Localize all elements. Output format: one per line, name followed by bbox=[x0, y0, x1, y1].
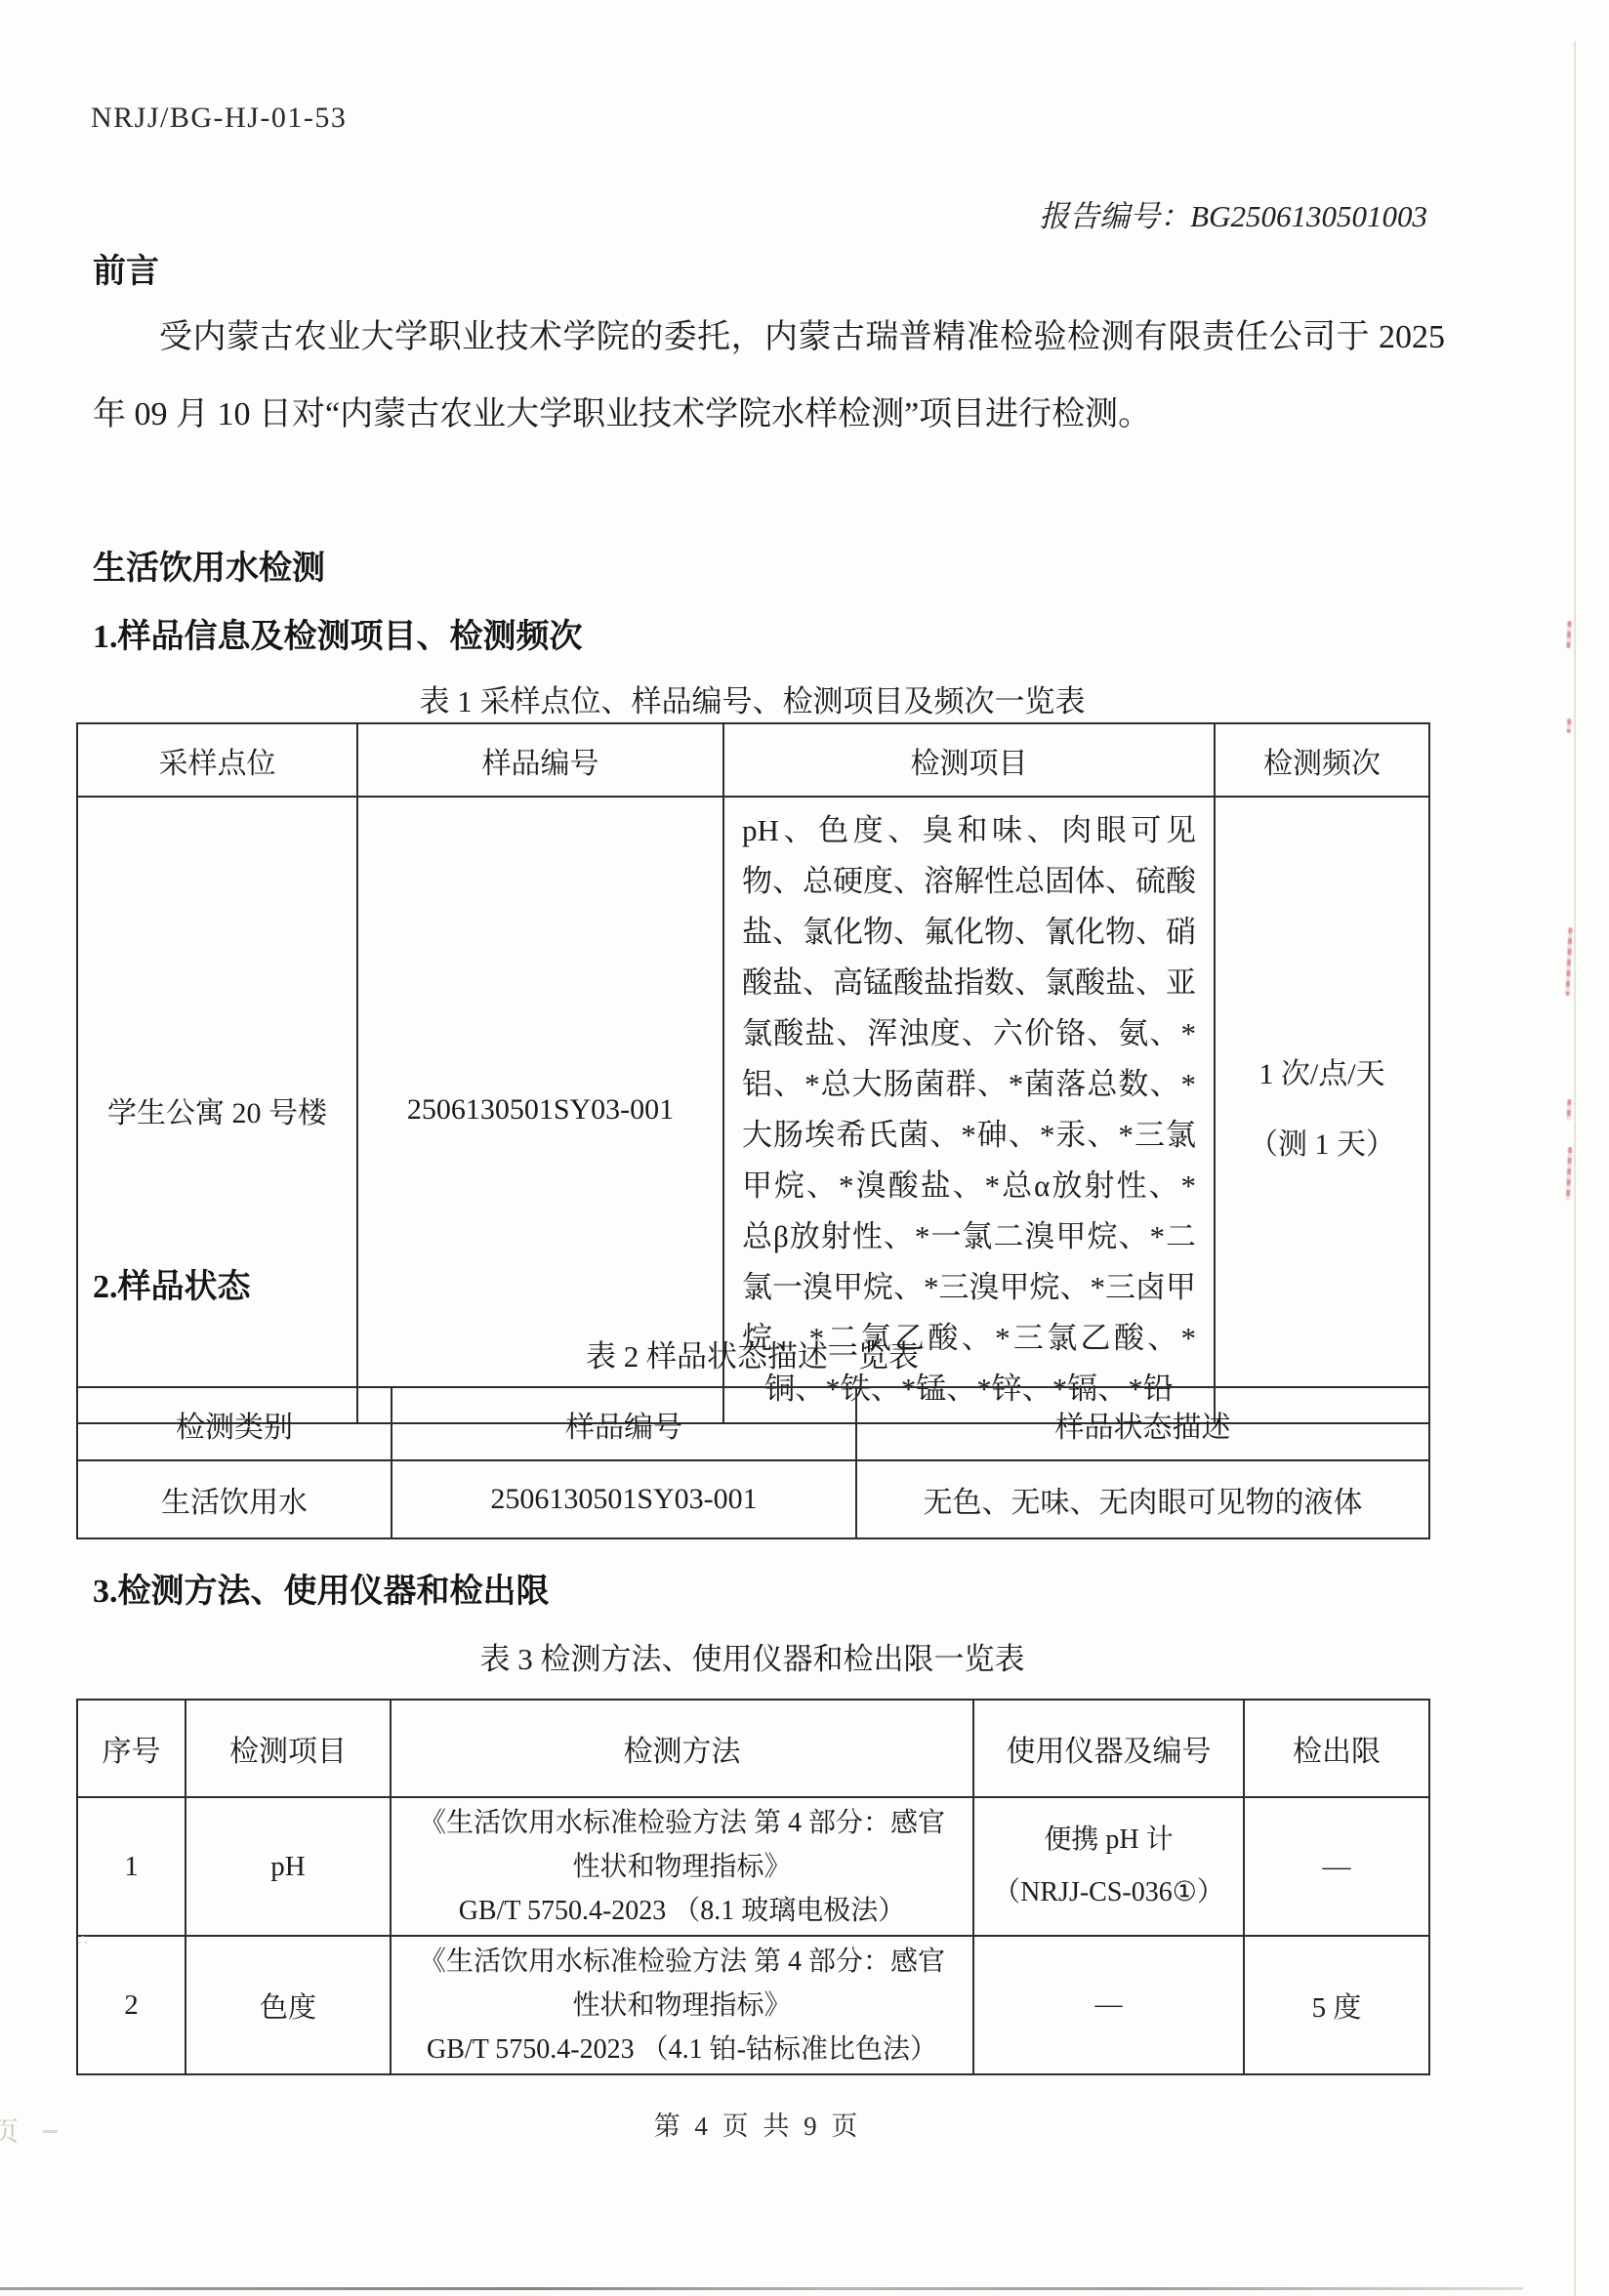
table1-cell-items: pH、色度、臭和味、肉眼可见物、总硬度、溶解性总固体、硫酸盐、氯化物、氟化物、氰… bbox=[723, 797, 1215, 1423]
table1-sampling-info: 采样点位 样品编号 检测项目 检测频次 学生公寓 20 号楼 250613050… bbox=[76, 722, 1430, 1424]
method-line1: 《生活饮用水标准检验方法 第 4 部分：感官 bbox=[392, 1940, 972, 1984]
instrument-line2: （NRJJ-CS-036①） bbox=[974, 1866, 1243, 1919]
section2-heading: 2.样品状态 bbox=[93, 1259, 251, 1307]
table1-caption: 表 1 采样点位、样品编号、检测项目及频次一览表 bbox=[76, 676, 1428, 720]
table2-cell-sample-no: 2506130501SY03-001 bbox=[392, 1460, 856, 1538]
report-number-label: 报告编号： bbox=[1039, 199, 1190, 233]
table3-cell-method: 《生活饮用水标准检验方法 第 4 部分：感官 性状和物理指标》 GB/T 575… bbox=[391, 1797, 973, 1936]
table3-header-item: 检测项目 bbox=[186, 1700, 391, 1797]
method-line1: 《生活饮用水标准检验方法 第 4 部分：感官 bbox=[392, 1801, 972, 1845]
table3-cell-limit: — bbox=[1244, 1797, 1429, 1936]
table3-caption: 表 3 检测方法、使用仪器和检出限一览表 bbox=[76, 1634, 1428, 1678]
table1-header-frequency: 检测频次 bbox=[1215, 723, 1429, 797]
table3-header-instrument: 使用仪器及编号 bbox=[973, 1700, 1244, 1797]
table1-header-sampling-point: 采样点位 bbox=[77, 723, 357, 797]
stamp-bleed-mark bbox=[1566, 1147, 1572, 1201]
scan-speck: ∴ bbox=[78, 1931, 88, 1949]
stamp-bleed-mark bbox=[1567, 1099, 1572, 1121]
section3-heading: 3.检测方法、使用仪器和检出限 bbox=[93, 1564, 550, 1612]
page-edge-line bbox=[1574, 41, 1576, 2296]
table1-header-row: 采样点位 样品编号 检测项目 检测频次 bbox=[77, 723, 1429, 797]
table3-cell-instrument: — bbox=[973, 1936, 1244, 2074]
stamp-bleed-mark bbox=[1567, 718, 1572, 733]
table2-cell-category: 生活饮用水 bbox=[77, 1460, 392, 1538]
table1-data-row: 学生公寓 20 号楼 2506130501SY03-001 pH、色度、臭和味、… bbox=[77, 797, 1429, 1423]
frequency-line1: 1 次/点/天 bbox=[1216, 1040, 1428, 1110]
table1-header-sample-no: 样品编号 bbox=[357, 723, 723, 797]
table2-sample-status: 检测类别 样品编号 样品状态描述 生活饮用水 2506130501SY03-00… bbox=[76, 1386, 1430, 1539]
method-line2: 性状和物理指标》 bbox=[392, 1845, 972, 1889]
table1-header-items: 检测项目 bbox=[723, 723, 1215, 797]
table3-cell-instrument: 便携 pH 计 （NRJJ-CS-036①） bbox=[973, 1797, 1244, 1936]
table3-header-row: 序号 检测项目 检测方法 使用仪器及编号 检出限 bbox=[77, 1700, 1429, 1797]
table3-header-method: 检测方法 bbox=[391, 1700, 973, 1797]
page-footer: 第 4 页 共 9 页 bbox=[0, 2105, 1515, 2143]
table3-row-color: 2 色度 《生活饮用水标准检验方法 第 4 部分：感官 性状和物理指标》 GB/… bbox=[77, 1936, 1429, 2074]
preface-paragraph: 受内蒙古农业大学职业技术学院的委托，内蒙古瑞普精准检验检测有限责任公司于 202… bbox=[93, 299, 1445, 453]
table2-header-sample-no: 样品编号 bbox=[392, 1387, 856, 1460]
table2-header-category: 检测类别 bbox=[77, 1387, 392, 1460]
instrument-line1: 便携 pH 计 bbox=[974, 1814, 1243, 1866]
scan-corner-artifact: 页 bbox=[0, 2111, 19, 2149]
table1-cell-frequency: 1 次/点/天 （测 1 天） bbox=[1215, 797, 1429, 1423]
stamp-bleed-mark bbox=[1566, 621, 1571, 648]
table2-header-row: 检测类别 样品编号 样品状态描述 bbox=[77, 1387, 1429, 1460]
scanned-report-page: NRJJ/BG-HJ-01-53 报告编号：BG2506130501003 前言… bbox=[0, 0, 1609, 2296]
method-line2: 性状和物理指标》 bbox=[392, 1984, 972, 2028]
table2-data-row: 生活饮用水 2506130501SY03-001 无色、无味、无肉眼可见物的液体 bbox=[77, 1460, 1429, 1538]
report-number-value: BG2506130501003 bbox=[1190, 199, 1427, 233]
table3-row-ph: 1 pH 《生活饮用水标准检验方法 第 4 部分：感官 性状和物理指标》 GB/… bbox=[77, 1797, 1429, 1936]
table1-cell-sample-no: 2506130501SY03-001 bbox=[357, 797, 723, 1423]
table2-header-description: 样品状态描述 bbox=[856, 1387, 1429, 1460]
document-code: NRJJ/BG-HJ-01-53 bbox=[91, 102, 347, 135]
table3-cell-method: 《生活饮用水标准检验方法 第 4 部分：感官 性状和物理指标》 GB/T 575… bbox=[391, 1936, 973, 2074]
report-number-line: 报告编号：BG2506130501003 bbox=[0, 191, 1427, 235]
table2-caption: 表 2 样品状态描述一览表 bbox=[76, 1332, 1428, 1375]
table3-cell-item: 色度 bbox=[186, 1936, 391, 2074]
table3-cell-no: 1 bbox=[77, 1797, 186, 1936]
scan-corner-dash bbox=[43, 2130, 58, 2133]
section1-heading: 1.样品信息及检测项目、检测频次 bbox=[93, 609, 583, 657]
table2-cell-description: 无色、无味、无肉眼可见物的液体 bbox=[856, 1460, 1429, 1538]
table3-header-limit: 检出限 bbox=[1244, 1700, 1429, 1797]
method-line3: GB/T 5750.4-2023 （4.1 铂-钴标准比色法） bbox=[392, 2028, 972, 2071]
table3-cell-no: 2 bbox=[77, 1936, 186, 2074]
table1-cell-sampling-point: 学生公寓 20 号楼 bbox=[77, 797, 357, 1423]
method-line3: GB/T 5750.4-2023 （8.1 玻璃电极法） bbox=[392, 1889, 972, 1933]
scan-bottom-edge bbox=[0, 2287, 1523, 2290]
frequency-line2: （测 1 天） bbox=[1216, 1110, 1428, 1180]
stamp-bleed-mark bbox=[1565, 927, 1572, 996]
table3-cell-limit: 5 度 bbox=[1244, 1936, 1429, 2074]
table3-cell-item: pH bbox=[186, 1797, 391, 1936]
preface-heading: 前言 bbox=[93, 244, 159, 292]
table3-methods-instruments: 序号 检测项目 检测方法 使用仪器及编号 检出限 1 pH 《生活饮用水标准检验… bbox=[76, 1699, 1430, 2075]
table3-header-no: 序号 bbox=[77, 1700, 186, 1797]
instrument-line1: — bbox=[974, 1979, 1243, 2031]
drinking-water-heading: 生活饮用水检测 bbox=[93, 541, 325, 589]
